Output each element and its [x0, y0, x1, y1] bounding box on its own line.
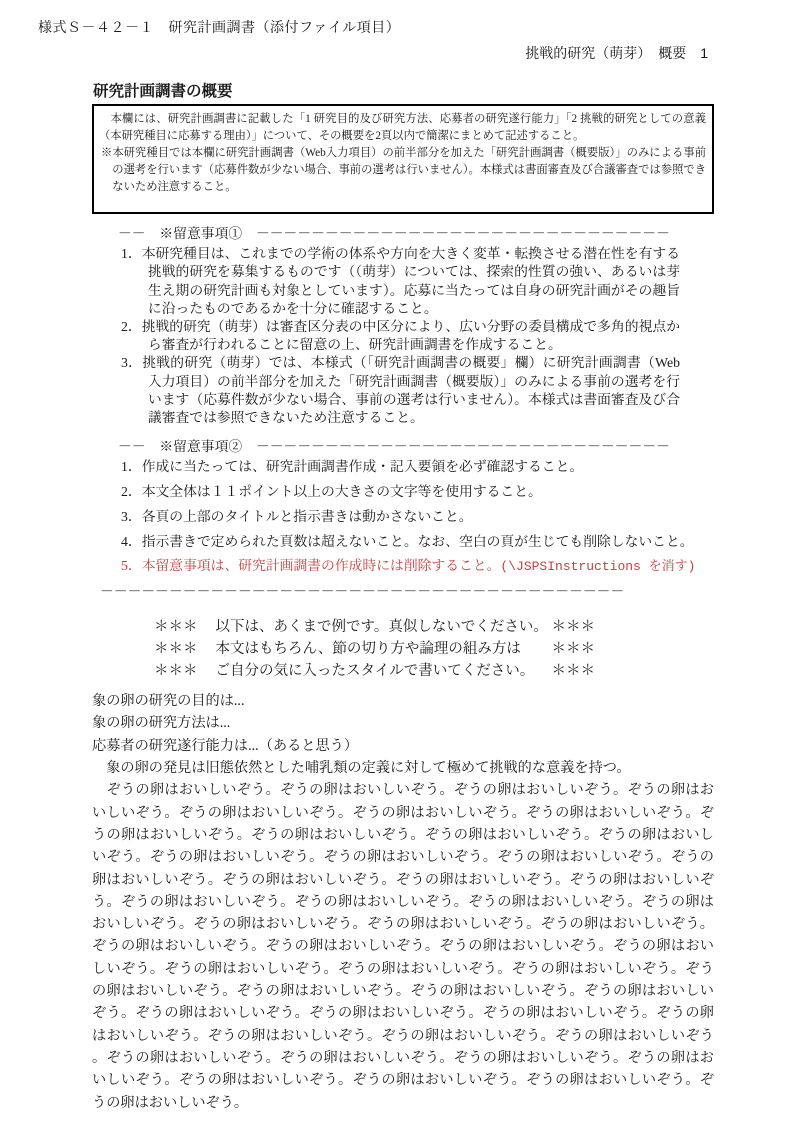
banner-row-1: ＊＊＊ 以下は、あくまで例です。真似しないでください。 ＊＊＊ [154, 616, 714, 638]
document-content: 研究計画調書の概要 本欄には、研究計画調書に記載した「1 研究目的及び研究方法、… [92, 79, 714, 1114]
egg-repeated-paragraph: ぞうの卵はおいしいぞう。ぞうの卵はおいしいぞう。ぞうの卵はおいしいぞう。ぞうの卵… [92, 779, 714, 1113]
notes-section-2: －－ ※留意事項② －－－－－－－－－－－－－－－－－－－－－－－－－－－－－－… [118, 438, 680, 601]
banner-row-3: ＊＊＊ ご自分の気に入ったスタイルで書いてください。 ＊＊＊ [154, 660, 714, 682]
notes1-item-2: 2．挑戦的研究（萌芽）は審査区分表の中区分により、広い分野の委員構成で多角的視点… [121, 318, 680, 354]
document-page: 様式Ｓ－４２－１ 研究計画調書（添付ファイル項目） 挑戦的研究（萌芽） 概要 1… [0, 0, 794, 1123]
banner-text-2: 本文はもちろん、節の切り方や論理の組み方は [198, 638, 552, 660]
notes2-item-3: 3．各頁の上部のタイトルと指示書きは動かさないこと。 [121, 508, 680, 526]
notes1-heading: －－ ※留意事項① －－－－－－－－－－－－－－－－－－－－－－－－－－－－－－ [118, 225, 680, 243]
instruction-box: 本欄には、研究計画調書に記載した「1 研究目的及び研究方法、応募者の研究遂行能力… [92, 104, 714, 214]
instruction-paragraph-1: 本欄には、研究計画調書に記載した「1 研究目的及び研究方法、応募者の研究遂行能力… [99, 111, 706, 145]
notes2-item-1: 1．作成に当たっては、研究計画調書作成・記入要領を必ず確認すること。 [121, 458, 680, 476]
notes2-item-2: 2．本文全体は１１ポイント以上の大きさの文字等を使用すること。 [121, 483, 680, 501]
banner-row-2: ＊＊＊ 本文はもちろん、節の切り方や論理の組み方は ＊＊＊ [154, 638, 714, 660]
star-marker: ＊＊＊ [154, 638, 198, 660]
notes2-item-4: 4．指示書きで定められた頁数は超えないこと。なお、空白の頁が生じても削除しないこ… [121, 533, 680, 551]
body-line-significance: 象の卵の発見は旧態依然とした哺乳類の定義に対して極めて挑戦的な意義を持つ。 [92, 757, 714, 779]
notes2-item-5-text: 5．本留意事項は、研究計画調書の作成時には削除すること。 [121, 558, 500, 573]
notes2-item-5: 5．本留意事項は、研究計画調書の作成時には削除すること。(\JSPSInstru… [121, 557, 680, 576]
star-marker: ＊＊＊ [552, 660, 596, 682]
form-number-header: 様式Ｓ－４２－１ 研究計画調書（添付ファイル項目） [38, 17, 400, 37]
star-marker: ＊＊＊ [154, 660, 198, 682]
notes1-item-3: 3．挑戦的研究（萌芽）では、本様式（「研究計画調書の概要」欄）に研究計画調書（W… [121, 354, 680, 427]
notes1-item-1: 1．本研究種目は、これまでの学術の体系や方向を大きく変革・転換させる潜在性を有す… [121, 245, 680, 318]
star-marker: ＊＊＊ [552, 616, 596, 638]
notes-section-1: －－ ※留意事項① －－－－－－－－－－－－－－－－－－－－－－－－－－－－－－… [118, 225, 680, 427]
banner-text-3: ご自分の気に入ったスタイルで書いてください。 [198, 660, 552, 682]
example-body: 象の卵の研究の目的は... 象の卵の研究方法は... 応募者の研究遂行能力は..… [92, 690, 714, 779]
star-marker: ＊＊＊ [552, 638, 596, 660]
body-line-ability: 応募者の研究遂行能力は...（あると思う） [92, 735, 714, 757]
closing-dash-line: －－－－－－－－－－－－－－－－－－－－－－－－－－－－－－－－－－－－－－ [100, 583, 680, 601]
notes2-item-5-code: (\JSPSInstructions を消す) [500, 559, 695, 574]
example-banner: ＊＊＊ 以下は、あくまで例です。真似しないでください。 ＊＊＊ ＊＊＊ 本文はも… [154, 616, 714, 682]
star-marker: ＊＊＊ [154, 616, 198, 638]
notes2-heading: －－ ※留意事項② －－－－－－－－－－－－－－－－－－－－－－－－－－－－－－ [118, 438, 680, 456]
instruction-paragraph-2: ※本研究種目では本欄に研究計画調書（Web入力項目）の前半部分を加えた「研究計画… [101, 145, 706, 196]
banner-text-1: 以下は、あくまで例です。真似しないでください。 [198, 616, 552, 638]
page-type-header: 挑戦的研究（萌芽） 概要 1 [525, 43, 708, 63]
body-line-method: 象の卵の研究方法は... [92, 712, 714, 734]
section-title: 研究計画調書の概要 [93, 79, 714, 101]
body-line-purpose: 象の卵の研究の目的は... [92, 690, 714, 712]
